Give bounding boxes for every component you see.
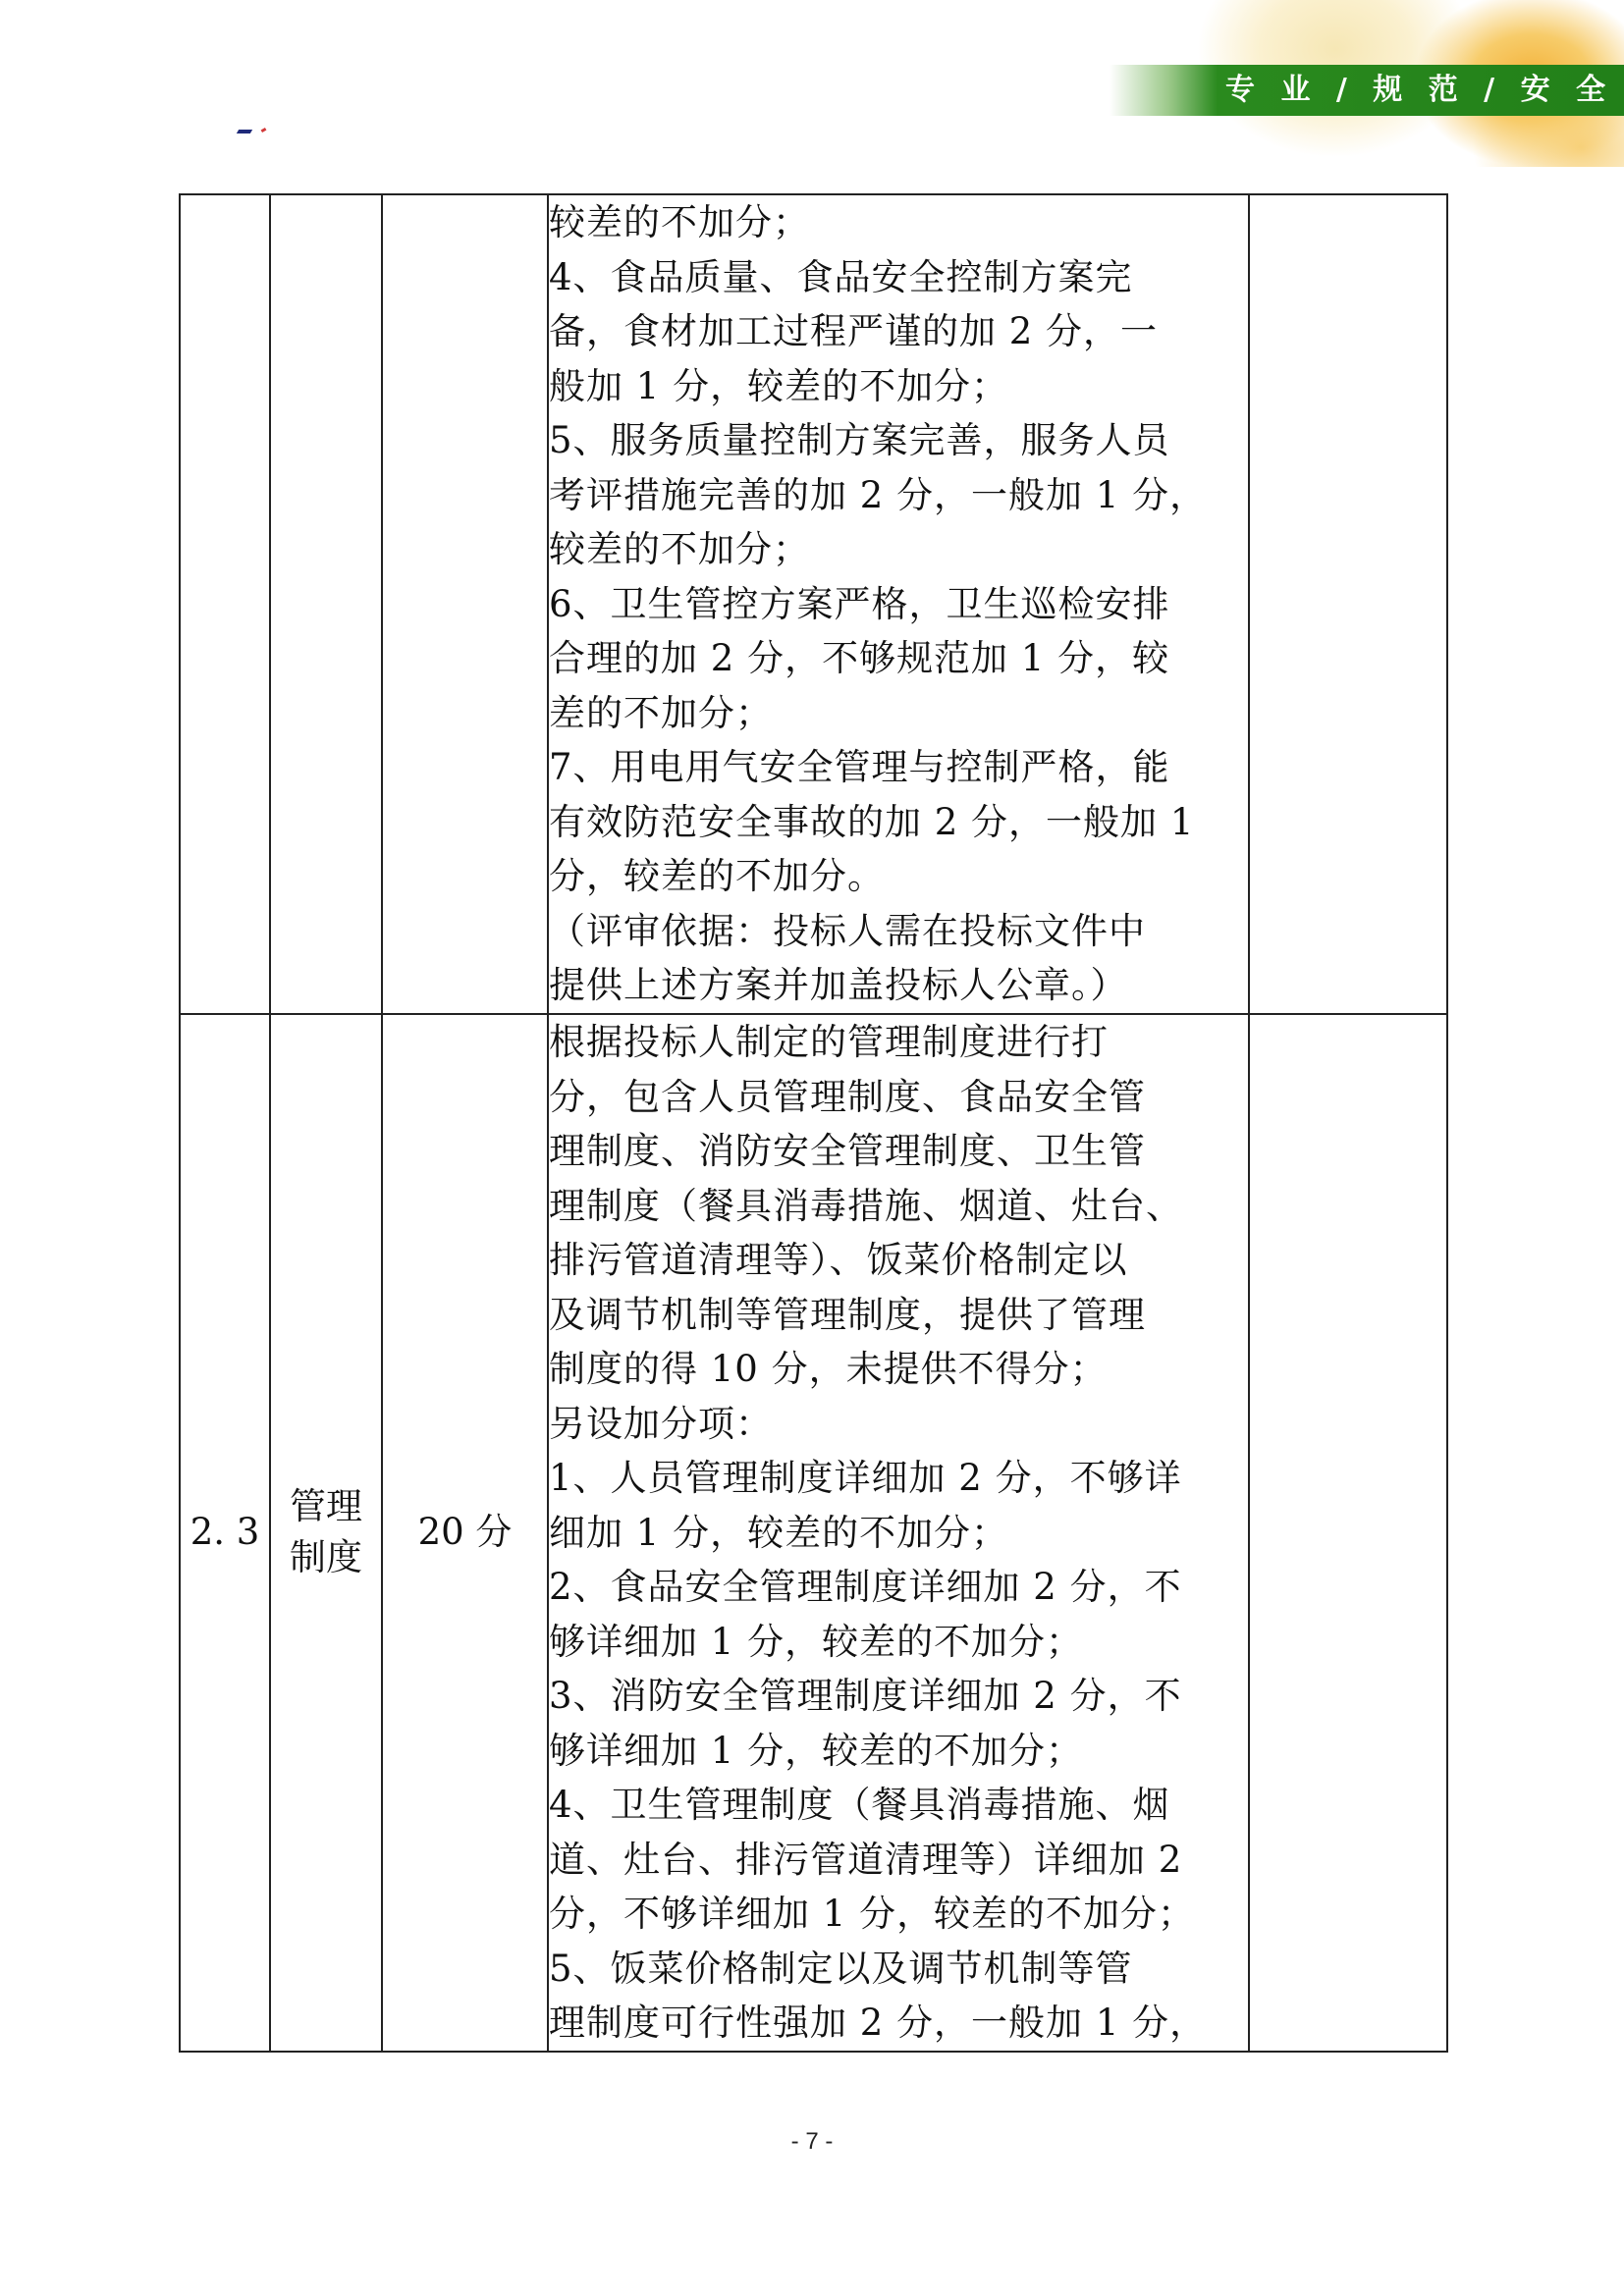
criteria-line: 道、灶台、排污管道清理等）详细加 2 — [549, 1833, 1248, 1888]
criteria-line: 般加 1 分，较差的不加分； — [549, 359, 1248, 414]
row-remark-cell — [1249, 1014, 1447, 2052]
criteria-line: 理制度可行性强加 2 分，一般加 1 分， — [549, 1996, 1248, 2051]
row-item-cell: 管理 制度 — [270, 1014, 382, 2052]
row-criteria-cell: 根据投标人制定的管理制度进行打 分，包含人员管理制度、食品安全管 理制度、消防安… — [548, 1014, 1249, 2052]
row-criteria-cell: 较差的不加分； 4、食品质量、食品安全控制方案完 备，食材加工过程严谨的加 2 … — [548, 194, 1249, 1014]
criteria-line: 提供上述方案并加盖投标人公章。） — [549, 958, 1248, 1013]
criteria-line: 分，不够详细加 1 分，较差的不加分； — [549, 1887, 1248, 1942]
criteria-line: 6、卫生管控方案严格，卫生巡检安排 — [549, 577, 1248, 632]
criteria-line: 另设加分项： — [549, 1397, 1248, 1452]
row-score-cell — [382, 194, 548, 1014]
criteria-line: 差的不加分； — [549, 686, 1248, 741]
table-row: 2. 3 管理 制度 20 分 根据投标人制定的管理制度进行打 分，包含人员管理… — [180, 1014, 1447, 2052]
logo-stroke-blue — [237, 130, 252, 133]
criteria-line: 制度的得 10 分，未提供不得分； — [549, 1342, 1248, 1397]
page-number: - 7 - — [0, 2128, 1624, 2156]
item-line: 制度 — [271, 1532, 381, 1583]
criteria-line: 合理的加 2 分，不够规范加 1 分，较 — [549, 631, 1248, 686]
criteria-line: 细加 1 分，较差的不加分； — [549, 1506, 1248, 1561]
criteria-line: 1、人员管理制度详细加 2 分，不够详 — [549, 1451, 1248, 1506]
criteria-line: 2、食品安全管理制度详细加 2 分，不 — [549, 1560, 1248, 1615]
criteria-line: 理制度、消防安全管理制度、卫生管 — [549, 1124, 1248, 1179]
criteria-line: 4、食品质量、食品安全控制方案完 — [549, 250, 1248, 305]
criteria-line: 7、用电用气安全管理与控制严格，能 — [549, 740, 1248, 795]
criteria-line: 根据投标人制定的管理制度进行打 — [549, 1015, 1248, 1070]
criteria-line: 够详细加 1 分，较差的不加分； — [549, 1724, 1248, 1779]
row-index-cell — [180, 194, 270, 1014]
criteria-line: 分，较差的不加分。 — [549, 849, 1248, 904]
criteria-line: 够详细加 1 分，较差的不加分； — [549, 1615, 1248, 1670]
criteria-line: （评审依据：投标人需在投标文件中 — [549, 904, 1248, 959]
row-remark-cell — [1249, 194, 1447, 1014]
row-score-cell: 20 分 — [382, 1014, 548, 2052]
criteria-line: 3、消防安全管理制度详细加 2 分，不 — [549, 1669, 1248, 1724]
criteria-line: 理制度（餐具消毒措施、烟道、灶台、 — [549, 1179, 1248, 1234]
criteria-line: 较差的不加分； — [549, 522, 1248, 577]
item-line: 管理 — [271, 1481, 381, 1532]
criteria-line: 5、服务质量控制方案完善，服务人员 — [549, 413, 1248, 468]
criteria-line: 5、饭菜价格制定以及调节机制等管 — [549, 1942, 1248, 1997]
criteria-line: 备，食材加工过程严谨的加 2 分，一 — [549, 304, 1248, 359]
table-row: 较差的不加分； 4、食品质量、食品安全控制方案完 备，食材加工过程严谨的加 2 … — [180, 194, 1447, 1014]
criteria-line: 考评措施完善的加 2 分，一般加 1 分， — [549, 468, 1248, 523]
scoring-criteria-table: 较差的不加分； 4、食品质量、食品安全控制方案完 备，食材加工过程严谨的加 2 … — [179, 193, 1448, 2053]
criteria-line: 及调节机制等管理制度，提供了管理 — [549, 1288, 1248, 1343]
slogan-text: 专 业 / 规 范 / 安 全 — [1225, 65, 1613, 116]
criteria-line: 较差的不加分； — [549, 195, 1248, 250]
logo-stroke-red — [261, 128, 267, 133]
row-item-cell — [270, 194, 382, 1014]
row-index-cell: 2. 3 — [180, 1014, 270, 2052]
criteria-line: 4、卫生管理制度（餐具消毒措施、烟 — [549, 1778, 1248, 1833]
criteria-line: 排污管道清理等）、饭菜价格制定以 — [549, 1233, 1248, 1288]
header-banner: 专 业 / 规 范 / 安 全 — [1110, 0, 1624, 167]
criteria-line: 分，包含人员管理制度、食品安全管 — [549, 1070, 1248, 1125]
company-logo-fragment — [238, 130, 277, 135]
criteria-line: 有效防范安全事故的加 2 分，一般加 1 — [549, 795, 1248, 850]
